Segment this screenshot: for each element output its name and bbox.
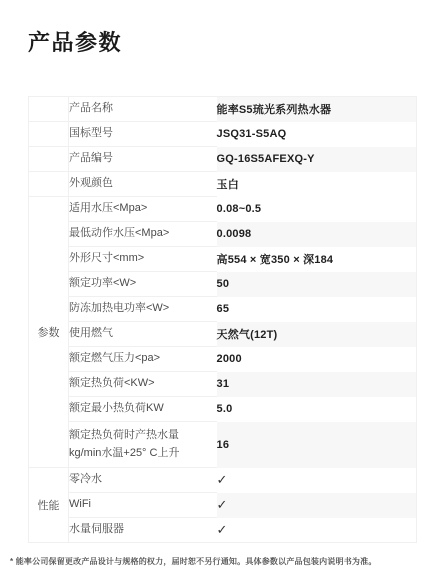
spec-value: 天然气(12T): [217, 322, 417, 347]
table-row: 性能零冷水✓: [29, 468, 417, 493]
table-row: 防冻加热电功率<W>65: [29, 297, 417, 322]
page-title: 产品参数: [28, 30, 444, 56]
spec-label: 额定热负荷时产热水量 kg/min水温+25° C上升: [69, 422, 217, 468]
check-icon: ✓: [217, 468, 417, 493]
spec-label: 零冷水: [69, 468, 217, 493]
table-row: 外观颜色玉白: [29, 172, 417, 197]
spec-value: JSQ31-S5AQ: [217, 122, 417, 147]
spec-label: 额定燃气压力<pa>: [69, 347, 217, 372]
spec-value: 16: [217, 422, 417, 468]
table-row: 国标型号JSQ31-S5AQ: [29, 122, 417, 147]
spec-value: 5.0: [217, 397, 417, 422]
spec-label: 外观颜色: [69, 172, 217, 197]
spec-label: 使用燃气: [69, 322, 217, 347]
check-icon: ✓: [217, 518, 417, 543]
spec-label: 水量伺服器: [69, 518, 217, 543]
spec-value: 65: [217, 297, 417, 322]
table-row: 额定最小热负荷KW5.0: [29, 397, 417, 422]
category-cell: [29, 122, 69, 147]
table-row: 额定热负荷<KW>31: [29, 372, 417, 397]
category-cell: [29, 172, 69, 197]
spec-value: 高554 × 宽350 × 深184: [217, 247, 417, 272]
spec-label: 防冻加热电功率<W>: [69, 297, 217, 322]
table-row: 产品名称能率S5琉光系列热水器: [29, 97, 417, 122]
spec-label: 额定功率<W>: [69, 272, 217, 297]
spec-value: 0.08~0.5: [217, 197, 417, 222]
spec-value: 50: [217, 272, 417, 297]
spec-label: 产品名称: [69, 97, 217, 122]
spec-table: 产品名称能率S5琉光系列热水器国标型号JSQ31-S5AQ产品编号GQ-16S5…: [28, 96, 417, 543]
spec-label: 外形尺寸<mm>: [69, 247, 217, 272]
table-row: 额定热负荷时产热水量 kg/min水温+25° C上升16: [29, 422, 417, 468]
spec-label: 额定最小热负荷KW: [69, 397, 217, 422]
spec-value: 能率S5琉光系列热水器: [217, 97, 417, 122]
spec-table-body: 产品名称能率S5琉光系列热水器国标型号JSQ31-S5AQ产品编号GQ-16S5…: [29, 97, 417, 543]
spec-label: 适用水压<Mpa>: [69, 197, 217, 222]
category-cell: [29, 147, 69, 172]
spec-label: WiFi: [69, 493, 217, 518]
table-row: 最低动作水压<Mpa>0.0098: [29, 222, 417, 247]
table-row: 使用燃气天然气(12T): [29, 322, 417, 347]
table-row: 水量伺服器✓: [29, 518, 417, 543]
spec-label: 最低动作水压<Mpa>: [69, 222, 217, 247]
table-row: WiFi✓: [29, 493, 417, 518]
spec-value: 0.0098: [217, 222, 417, 247]
table-row: 额定功率<W>50: [29, 272, 417, 297]
table-row: 产品编号GQ-16S5AFEXQ-Y: [29, 147, 417, 172]
check-icon: ✓: [217, 493, 417, 518]
spec-value: 31: [217, 372, 417, 397]
table-row: 额定燃气压力<pa>2000: [29, 347, 417, 372]
spec-value: GQ-16S5AFEXQ-Y: [217, 147, 417, 172]
product-specs-page: 产品参数 产品名称能率S5琉光系列热水器国标型号JSQ31-S5AQ产品编号GQ…: [0, 0, 444, 581]
table-row: 外形尺寸<mm>高554 × 宽350 × 深184: [29, 247, 417, 272]
spec-value: 玉白: [217, 172, 417, 197]
category-cell: 参数: [29, 197, 69, 468]
table-row: 参数适用水压<Mpa>0.08~0.5: [29, 197, 417, 222]
category-cell: [29, 97, 69, 122]
spec-label: 产品编号: [69, 147, 217, 172]
spec-label: 国标型号: [69, 122, 217, 147]
spec-value: 2000: [217, 347, 417, 372]
spec-label: 额定热负荷<KW>: [69, 372, 217, 397]
category-cell: 性能: [29, 468, 69, 543]
footer-note: * 能率公司保留更改产品设计与规格的权力，届时恕不另行通知。具体参数以产品包装内…: [10, 556, 434, 567]
